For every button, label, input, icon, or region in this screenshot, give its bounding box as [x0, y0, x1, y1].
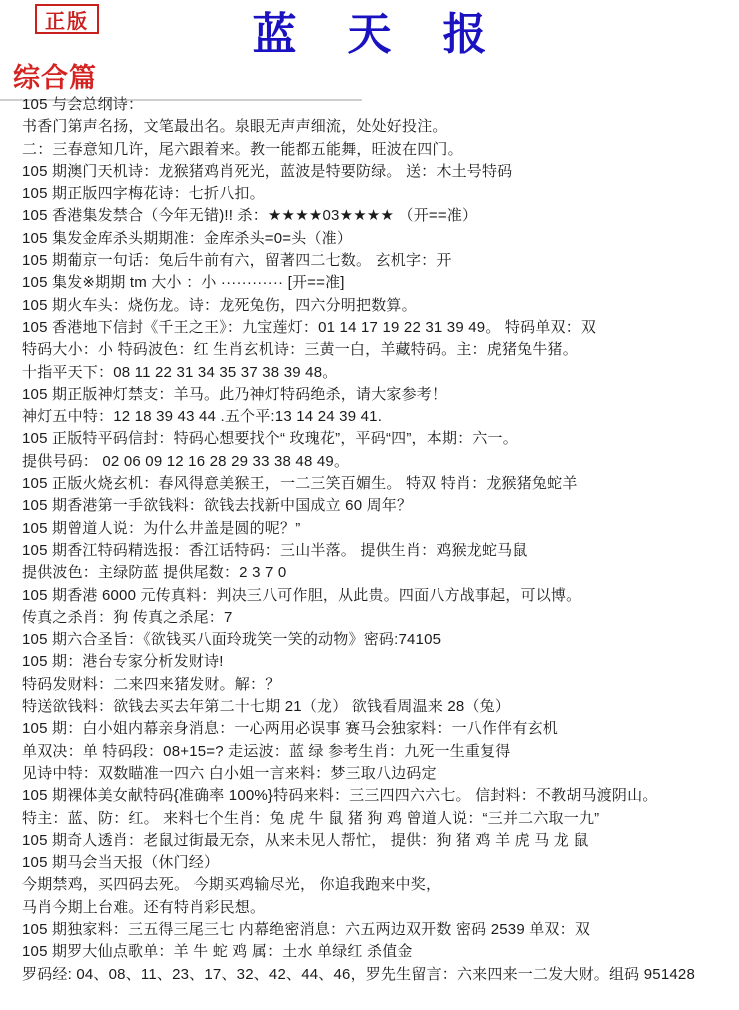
text-line: 特主：蓝、防：红。 来料七个生肖：兔 虎 牛 鼠 猪 狗 鸡 曾道人说：“三并二…	[22, 808, 732, 830]
text-line: 提供波色：主绿防蓝 提供尾数：2 3 7 0	[22, 562, 732, 584]
text-line: 105 期奇人透肖：老鼠过街最无奈，从来未见人帮忙， 提供：狗 猪 鸡 羊 虎 …	[22, 830, 732, 852]
text-line: 105 期马会当天报（休门经）	[22, 852, 732, 874]
text-line: 105 正版火烧玄机：春风得意美猴王，一二三笑百媚生。 特双 特肖：龙猴猪兔蛇羊	[22, 473, 732, 495]
text-line: 105 期香港第一手欲钱料：欲钱去找新中国成立 60 周年？	[22, 495, 732, 517]
text-line: 105 期香港 6000 元传真料：判决三八可作胆，从此贵。四面八方战事起，可以…	[22, 585, 732, 607]
text-line: 105 期：港台专家分析发财诗!	[22, 651, 732, 673]
text-line: 105 与会总纲诗：	[22, 94, 732, 116]
text-line: 105 期：白小姐内幕亲身消息：一心两用必误事 赛马会独家料：一八作伴有玄机	[22, 718, 732, 740]
text-line: 罗码经: 04、08、11、23、17、32、42、44、46，罗先生留言：六来…	[22, 964, 732, 986]
text-line: 今期禁鸡，买四码去死。 今期买鸡输尽光， 你追我跑来中奖，	[22, 874, 732, 896]
text-line: 105 期香江特码精选报：香江话特码：三山半落。 提供生肖：鸡猴龙蛇马鼠	[22, 540, 732, 562]
text-line: 提供号码： 02 06 09 12 16 28 29 33 38 48 49。	[22, 451, 732, 473]
text-line: 书香门第声名扬，文笔最出名。泉眼无声声细流，处处好投注。	[22, 116, 732, 138]
text-line: 特码发财料：二来四来猪发财。解：？	[22, 674, 732, 696]
text-line: 105 期曾道人说：为什么井盖是圆的呢？”	[22, 518, 732, 540]
text-line: 见诗中特：双数瞄准一四六 白小姐一言来料：梦三取八边码定	[22, 763, 732, 785]
text-line: 105 期火车头：烧伤龙。诗：龙死兔伤，四六分明把数算。	[22, 295, 732, 317]
text-line: 105 香港集发禁合（今年无错)!! 杀：★★★★03★★★★ （开==准）	[22, 205, 732, 227]
section-heading: 综合篇	[13, 56, 97, 95]
text-line: 特码大小：小 特码波色：红 生肖玄机诗：三黄一白，羊藏特码。主：虎猪兔牛猪。	[22, 339, 732, 361]
text-line: 105 期独家料：三五得三尾三七 内幕绝密消息：六五两边双开数 密码 2539 …	[22, 919, 732, 941]
text-line: 105 期裸体美女献特码{准确率 100%}特码来料：三三四四六六七。 信封料：…	[22, 785, 732, 807]
text-line: 105 期澳门天机诗：龙猴猪鸡肖死光，蓝波是特要防绿。 送：木土号特码	[22, 161, 732, 183]
text-line: 二：三春意知几许，尾六跟着来。教一能都五能舞，旺波在四门。	[22, 139, 732, 161]
text-line: 105 集发※期期 tm 大小 ：小 ············ [开==准]	[22, 272, 732, 294]
text-line: 105 期六合圣旨：《欲钱买八面玲珑笑一笑的动物》密码:74105	[22, 629, 732, 651]
page-title: 蓝 天 报	[0, 0, 739, 62]
text-line: 特送欲钱料：欲钱去买去年第二十七期 21（龙） 欲钱看周温来 28（兔）	[22, 696, 732, 718]
text-line: 马肖今期上台难。还有特肖彩民想。	[22, 897, 732, 919]
body-lines: 105 与会总纲诗：书香门第声名扬，文笔最出名。泉眼无声声细流，处处好投注。二：…	[22, 94, 732, 986]
text-line: 传真之杀肖：狗 传真之杀尾：7	[22, 607, 732, 629]
text-line: 单双决：单 特码段：08+15=? 走运波：蓝 绿 参考生肖：九死一生重复得	[22, 741, 732, 763]
text-line: 105 期罗大仙点歌单：羊 牛 蛇 鸡 属：土水 单绿红 杀值金	[22, 941, 732, 963]
text-line: 105 香港地下信封《千王之王》：九宝莲灯：01 14 17 19 22 31 …	[22, 317, 732, 339]
text-line: 神灯五中特：12 18 39 43 44 .五个平:13 14 24 39 41…	[22, 406, 732, 428]
text-line: 105 正版特平码信封：特码心想要找个“ 玫瑰花”，平码“四”，本期：六一。	[22, 428, 732, 450]
text-line: 105 期正版神灯禁支：羊马。此乃神灯特码绝杀，请大家参考！	[22, 384, 732, 406]
text-line: 105 集发金库杀头期期准：金库杀头=0=头（准）	[22, 228, 732, 250]
text-line: 十指平天下：08 11 22 31 34 35 37 38 39 48。	[22, 362, 732, 384]
text-line: 105 期葡京一句话：兔后牛前有六，留著四二七数。 玄机字：开	[22, 250, 732, 272]
text-line: 105 期正版四字梅花诗：七折八扣。	[22, 183, 732, 205]
